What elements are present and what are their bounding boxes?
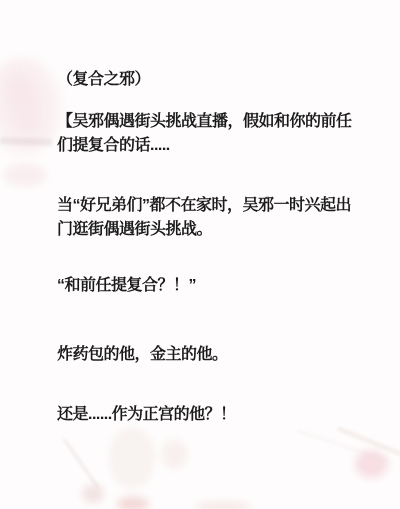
text-line: “和前任提复合？！” [57,274,362,298]
paragraph-chapter-title: （复合之邪） [57,68,362,92]
paragraph-quote: “和前任提复合？！” [57,274,362,298]
text-line: 门逛街偶遇街头挑战。 [57,218,362,242]
story-text: （复合之邪） 【吴邪偶遇街头挑战直播，假如和你的前任 们提复合的话..... 当… [57,68,362,427]
watermark-petal-left [4,164,46,186]
watermark-blossom-left [0,58,62,154]
text-line: 【吴邪偶遇街头挑战直播，假如和你的前任 [57,110,362,134]
text-line: （复合之邪） [57,68,362,92]
text-line: 当“好兄弟们”都不在家时，吴邪一时兴起出 [57,194,362,218]
paragraph-setup: 当“好兄弟们”都不在家时，吴邪一时兴起出 门逛街偶遇街头挑战。 [57,194,362,242]
watermark-branch-bottom-right [337,427,400,455]
watermark-petal-bottom-2 [117,497,149,509]
watermark-branch-bottom-left [63,438,99,488]
paragraph-livestream-premise: 【吴邪偶遇街头挑战直播，假如和你的前任 们提复合的话..... [57,110,362,158]
watermark-smudge-bottom [110,428,154,488]
text-line: 们提复合的话..... [57,134,362,158]
text-line: 炸药包的他，金主的他。 [57,343,362,367]
watermark-blossom-bottom-right [355,450,388,478]
paragraph-exes: 炸药包的他，金主的他。 [57,343,362,367]
watermark-smudge-bottom-edge [195,502,251,509]
watermark-streak-left [0,137,52,146]
watermark-petal-bottom-3 [162,440,187,468]
watermark-petal-bottom-1 [82,485,104,503]
paragraph-closing-question: 还是......作为正宫的他？！ [57,403,362,427]
text-line: 还是......作为正宫的他？！ [57,403,362,427]
novel-text-page: （复合之邪） 【吴邪偶遇街头挑战直播，假如和你的前任 们提复合的话..... 当… [0,0,400,509]
watermark-twig-bottom-right [298,430,389,461]
